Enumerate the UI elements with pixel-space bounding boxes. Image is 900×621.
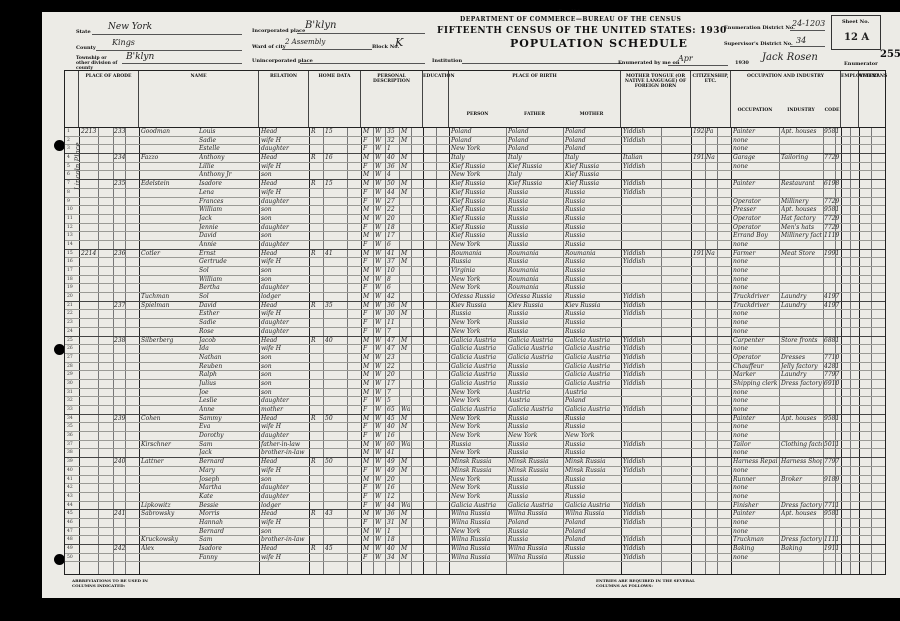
cell-sex: M	[363, 128, 372, 136]
cell-occ: none	[733, 389, 778, 397]
cell-age: 31	[387, 519, 398, 527]
cell-own: R	[311, 180, 322, 188]
cell-fbp: Russia	[508, 224, 562, 232]
cell-code: 7710	[824, 354, 840, 362]
cell-ms: M	[401, 189, 410, 197]
line-number: 29	[67, 371, 73, 379]
cell-occ: Carpenter	[733, 337, 778, 345]
cell-ms: M	[401, 510, 410, 518]
cell-ind: Millinery factory	[781, 232, 822, 240]
header-home-data: HOME DATA	[309, 71, 361, 127]
header-relation: RELATION	[259, 71, 309, 127]
cell-rel: father-in-law	[261, 441, 307, 449]
cell-race: W	[375, 224, 384, 232]
column-header-row: PLACE OF ABODE NAME RELATION HOME DATA P…	[65, 71, 885, 128]
cell-sex: M	[363, 380, 372, 388]
line-number: 15	[67, 250, 73, 258]
cell-age: 11	[387, 319, 398, 327]
cell-fbp: Russia	[508, 371, 562, 379]
cell-imm: 1912	[693, 154, 705, 162]
cell-given: Gertrude	[199, 258, 257, 266]
cell-mbp: Russia	[565, 493, 619, 501]
cell-code: 9581	[824, 128, 840, 136]
cell-ind: Millinery	[781, 198, 822, 206]
cell-age: 45	[387, 415, 398, 423]
table-row: 30JuliussonMW17Galicia AustriaRussiaGali…	[65, 380, 885, 389]
line-number: 23	[67, 319, 73, 327]
cell-ind: Meat Store	[781, 250, 822, 258]
table-row: 48KruckowskySambrother-in-lawMW18Wilna R…	[65, 536, 885, 545]
cell-fbp: Poland	[508, 145, 562, 153]
table-row: 7235EdelsteinIsadoreHeadR15MW50MKief Rus…	[65, 180, 885, 189]
cell-sex: M	[363, 536, 372, 544]
cell-house: 2213	[81, 128, 97, 136]
cell-race: W	[375, 232, 384, 240]
cell-val: 16	[325, 154, 345, 162]
cell-fbp: Russia	[508, 189, 562, 197]
schedule-rows: 12213233GoodmanLouisHeadR15MW35MPolandPo…	[65, 128, 885, 574]
cell-occ: none	[733, 493, 778, 501]
cell-own: R	[311, 415, 322, 423]
cell-ind: Laundry	[781, 302, 822, 310]
cell-age: 1	[387, 528, 398, 536]
cell-mbp: Minsk Russia	[565, 467, 619, 475]
cell-age: 6	[387, 284, 398, 292]
state-value: New York	[108, 22, 152, 32]
cell-sex: F	[363, 554, 372, 562]
cell-bp: Virginia	[451, 267, 505, 275]
table-row: 9FrancesdaughterFW27Kief RussiaRussiaRus…	[65, 198, 885, 207]
cell-occ: Errand Boy	[733, 232, 778, 240]
cell-age: 42	[387, 293, 398, 301]
header-mother-tongue: MOTHER TONGUE (OR NATIVE LANGUAGE) OF FO…	[621, 71, 691, 127]
cell-age: 6	[387, 241, 398, 249]
cell-age: 49	[387, 467, 398, 475]
cell-fbp: Russia	[508, 206, 562, 214]
cell-sex: F	[363, 345, 372, 353]
cell-given: Bernard	[199, 528, 257, 536]
cell-race: W	[375, 528, 384, 536]
cell-rel: daughter	[261, 145, 307, 153]
cell-fbp: Poland	[508, 519, 562, 527]
cell-fbp: Galicia Austria	[508, 345, 562, 353]
cell-ms: M	[401, 467, 410, 475]
cell-fbp: Russia	[508, 423, 562, 431]
cell-lang: Yiddish	[623, 502, 659, 510]
cell-given: Ernst	[199, 250, 257, 258]
cell-rel: son	[261, 389, 307, 397]
cell-race: W	[375, 536, 384, 544]
cell-sex: F	[363, 241, 372, 249]
cell-surname: Silberberg	[141, 337, 199, 345]
cell-occ: none	[733, 310, 778, 318]
line-number: 42	[67, 484, 73, 492]
township-value: B'klyn	[126, 52, 154, 62]
cell-ms: M	[401, 345, 410, 353]
line-number: 39	[67, 458, 73, 466]
cell-code: 9189	[824, 476, 840, 484]
incorporated-line	[297, 33, 425, 34]
entries-title: ENTRIES ARE REQUIRED IN THE SEVERAL COLU…	[596, 578, 706, 588]
cell-rel: lodger	[261, 502, 307, 510]
cell-val: 50	[325, 415, 345, 423]
line-number: 44	[67, 502, 73, 510]
header-place-of-abode: PLACE OF ABODE	[79, 71, 139, 127]
cell-bp: Kief Russia	[451, 198, 505, 206]
cell-age: 49	[387, 458, 398, 466]
cell-bp: Galicia Austria	[451, 354, 505, 362]
cell-rel: wife H	[261, 258, 307, 266]
cell-lang: Yiddish	[623, 545, 659, 553]
sheet-number-box: Sheet No. 12 A	[831, 15, 881, 50]
line-number: 25	[67, 337, 73, 345]
line-number: 14	[67, 241, 73, 249]
cell-given: William	[199, 206, 257, 214]
cell-race: W	[375, 128, 384, 136]
cell-occ: Shipping clerk	[733, 380, 778, 388]
cell-fbp: Italy	[508, 171, 562, 179]
cell-ind: Jelly factory	[781, 363, 822, 371]
cell-code: 6910	[824, 380, 840, 388]
township-label: Township or other division of county	[76, 56, 121, 71]
cell-age: 50	[387, 180, 398, 188]
cell-age: 30	[387, 310, 398, 318]
cell-bp: Roumania	[451, 250, 505, 258]
cell-occ: none	[733, 284, 778, 292]
cell-occ: none	[733, 241, 778, 249]
cell-fbp: Russia	[508, 241, 562, 249]
census-title: FIFTEENTH CENSUS OF THE UNITED STATES: 1…	[437, 26, 727, 36]
cell-mbp: Italy	[565, 154, 619, 162]
cell-val: 45	[325, 545, 345, 553]
cell-bp: New York	[451, 319, 505, 327]
cell-sex: M	[363, 276, 372, 284]
table-row: 38Jackbrother-in-lawMW41New YorkRussiaRu…	[65, 449, 885, 458]
cell-ind: Apt. houses	[781, 206, 822, 214]
cell-own: R	[311, 302, 322, 310]
cell-fam: 233	[114, 128, 125, 136]
cell-rel: wife H	[261, 554, 307, 562]
cell-rel: son	[261, 171, 307, 179]
cell-given: Julius	[199, 380, 257, 388]
cell-race: W	[375, 380, 384, 388]
cell-bp: New York	[451, 328, 505, 336]
cell-val: 43	[325, 510, 345, 518]
cell-mbp: Galicia Austria	[565, 406, 619, 414]
cell-lang: Yiddish	[623, 354, 659, 362]
cell-race: W	[375, 293, 384, 301]
cell-code: 9581	[824, 510, 840, 518]
cell-race: W	[375, 345, 384, 353]
cell-given: Joseph	[199, 476, 257, 484]
cell-mbp: Galicia Austria	[565, 371, 619, 379]
cell-sex: F	[363, 310, 372, 318]
cell-bp: Minsk Russia	[451, 458, 505, 466]
table-row: 49242AlexIsadoreHeadR45MW40MWilna Russia…	[65, 545, 885, 554]
cell-sex: M	[363, 476, 372, 484]
cell-sex: F	[363, 224, 372, 232]
enumerator-signature: Jack Rosen	[762, 52, 818, 63]
cell-fbp: Russia	[508, 476, 562, 484]
cell-code: 7711	[824, 502, 840, 510]
cell-given: Eva	[199, 423, 257, 431]
cell-race: W	[375, 389, 384, 397]
line-number: 32	[67, 397, 73, 405]
cell-sex: M	[363, 354, 372, 362]
cell-given: Morris	[199, 510, 257, 518]
cell-race: W	[375, 432, 384, 440]
occ-occupation-header: OCCUPATION	[731, 108, 779, 113]
cell-occ: Operator	[733, 354, 778, 362]
cell-occ: Tailor	[733, 441, 778, 449]
table-row: 39240LattnerBernardHeadR50MW49MMinsk Rus…	[65, 458, 885, 467]
department-title: DEPARTMENT OF COMMERCE—BUREAU OF THE CEN…	[460, 16, 681, 23]
cell-race: W	[375, 371, 384, 379]
cell-lang: Yiddish	[623, 554, 659, 562]
cell-age: 35	[387, 128, 398, 136]
cell-age: 44	[387, 502, 398, 510]
cell-sex: M	[363, 458, 372, 466]
cell-race: W	[375, 241, 384, 249]
cell-occ: Finisher	[733, 502, 778, 510]
cell-occ: none	[733, 267, 778, 275]
cell-surname: Goodman	[141, 128, 199, 136]
cell-val: 35	[325, 302, 345, 310]
cell-sex: F	[363, 432, 372, 440]
line-number: 28	[67, 363, 73, 371]
cell-sex: M	[363, 293, 372, 301]
cell-race: W	[375, 250, 384, 258]
cell-fbp: Russia	[508, 493, 562, 501]
cell-given: Estelle	[199, 145, 257, 153]
cell-ms: M	[401, 128, 410, 136]
cell-ind: Baking	[781, 545, 822, 553]
cell-bp: New York	[451, 415, 505, 423]
cell-race: W	[375, 267, 384, 275]
line-number: 9	[67, 198, 70, 206]
cell-race: W	[375, 545, 384, 553]
cell-mbp: Russia	[565, 241, 619, 249]
line-number: 36	[67, 432, 73, 440]
cell-fam: 242	[114, 545, 125, 553]
cell-ms: M	[401, 545, 410, 553]
cell-rel: wife H	[261, 519, 307, 527]
cell-occ: Painter	[733, 510, 778, 518]
cell-lang: Yiddish	[623, 406, 659, 414]
cell-age: 22	[387, 206, 398, 214]
cell-race: W	[375, 328, 384, 336]
cell-given: Leslie	[199, 397, 257, 405]
enum-district-value: 24-1203	[792, 19, 825, 28]
table-row: 19BerthadaughterFW6New YorkRoumaniaRussi…	[65, 284, 885, 293]
cell-given: Bessie	[199, 502, 257, 510]
cell-occ: Truckdriver	[733, 302, 778, 310]
cell-surname: Alex	[141, 545, 199, 553]
cell-rel: son	[261, 215, 307, 223]
cell-mbp: Poland	[565, 128, 619, 136]
cell-bp: Kief Russia	[451, 224, 505, 232]
cell-mbp: Russia	[565, 224, 619, 232]
cell-surname: Cohen	[141, 415, 199, 423]
cell-rel: daughter	[261, 493, 307, 501]
cell-occ: Runner	[733, 476, 778, 484]
cell-bp: Kief Russia	[451, 215, 505, 223]
table-row: 10WilliamsonMW22Kief RussiaRussiaRussiaP…	[65, 206, 885, 215]
line-number: 16	[67, 258, 73, 266]
table-row: 5Lilliewife HFW36MKief RussiaKief Russia…	[65, 163, 885, 172]
line-number: 22	[67, 310, 73, 318]
cell-age: 22	[387, 363, 398, 371]
cell-occ: none	[733, 484, 778, 492]
cell-fbp: Russia	[508, 215, 562, 223]
cell-mbp: Russia	[565, 189, 619, 197]
table-row: 13DavidsonMW17Kief RussiaRussiaRussiaErr…	[65, 232, 885, 241]
table-row: 29RalphsonMW20Galicia AustriaRussiaGalic…	[65, 371, 885, 380]
cell-ms: M	[401, 310, 410, 318]
supervisor-label: Supervisor's District No.	[724, 41, 793, 47]
cell-given: Reuben	[199, 363, 257, 371]
cell-occ: none	[733, 528, 778, 536]
cell-bp: Galicia Austria	[451, 380, 505, 388]
line-number: 5	[67, 163, 70, 171]
cell-ms: Wd	[401, 502, 410, 510]
cell-bp: Wilna Russia	[451, 510, 505, 518]
cell-mbp: Galicia Austria	[565, 354, 619, 362]
table-row: 31JoesonMW7New YorkAustriaAustrianone	[65, 389, 885, 398]
table-row: 27NathansonMW23Galicia AustriaGalicia Au…	[65, 354, 885, 363]
cell-fam: 235	[114, 180, 125, 188]
cell-sex: F	[363, 319, 372, 327]
cell-occ: Painter	[733, 180, 778, 188]
cell-bp: Wilna Russia	[451, 536, 505, 544]
cell-surname: Spielman	[141, 302, 199, 310]
cell-rel: son	[261, 267, 307, 275]
cell-given: Fanny	[199, 554, 257, 562]
cell-code: 4197	[824, 293, 840, 301]
cell-fbp: Poland	[508, 137, 562, 145]
cell-lang: Yiddish	[623, 258, 659, 266]
cell-own: R	[311, 128, 322, 136]
cell-occ: Garage	[733, 154, 778, 162]
occ-industry-header: INDUSTRY	[779, 108, 823, 113]
cell-sex: F	[363, 484, 372, 492]
line-number: 38	[67, 449, 73, 457]
cell-fbp: Wilna Russia	[508, 545, 562, 553]
cell-age: 36	[387, 510, 398, 518]
cell-age: 4	[387, 171, 398, 179]
cell-bp: New York	[451, 171, 505, 179]
cell-occ: none	[733, 449, 778, 457]
cell-occ: Painter	[733, 415, 778, 423]
cell-code: 1119	[824, 232, 840, 240]
cell-race: W	[375, 441, 384, 449]
cell-race: W	[375, 137, 384, 145]
cell-mbp: Russia	[565, 293, 619, 301]
cell-sex: M	[363, 180, 372, 188]
cell-race: W	[375, 449, 384, 457]
cell-ms: M	[401, 423, 410, 431]
cell-fbp: Russia	[508, 528, 562, 536]
header-place-of-birth: PLACE OF BIRTH PERSON FATHER MOTHER	[449, 71, 621, 127]
cell-fbp: Austria	[508, 389, 562, 397]
cell-mbp: Poland	[565, 145, 619, 153]
cell-rel: daughter	[261, 198, 307, 206]
cell-bp: Galicia Austria	[451, 337, 505, 345]
cell-sex: F	[363, 137, 372, 145]
cell-mbp: Russia	[565, 484, 619, 492]
cell-lang: Yiddish	[623, 519, 659, 527]
cell-race: W	[375, 276, 384, 284]
cell-rel: daughter	[261, 284, 307, 292]
cell-occ: Farmer	[733, 250, 778, 258]
cell-given: Sam	[199, 536, 257, 544]
cell-fbp: Russia	[508, 310, 562, 318]
cell-ms: M	[401, 337, 410, 345]
cell-val: 15	[325, 128, 345, 136]
cell-age: 47	[387, 345, 398, 353]
cell-race: W	[375, 519, 384, 527]
cell-race: W	[375, 406, 384, 414]
cell-occ: none	[733, 145, 778, 153]
cell-ms: M	[401, 163, 410, 171]
cell-bp: New York	[451, 276, 505, 284]
cell-sex: M	[363, 206, 372, 214]
cell-given: Anthony Jr	[199, 171, 257, 179]
enumerator-label: Enumerator	[844, 61, 878, 67]
cell-ind: Tailoring	[781, 154, 822, 162]
table-row: 24RosedaughterFW7New YorkRussiaRussianon…	[65, 328, 885, 337]
cell-bp: Poland	[451, 137, 505, 145]
birth-mother-header: MOTHER	[563, 112, 620, 117]
cell-ind: Men's hats	[781, 224, 822, 232]
cell-bp: Minsk Russia	[451, 467, 505, 475]
cell-rel: son	[261, 528, 307, 536]
cell-bp: Galicia Austria	[451, 406, 505, 414]
cell-lang: Yiddish	[623, 536, 659, 544]
cell-sex: M	[363, 528, 372, 536]
birth-person-header: PERSON	[449, 112, 506, 117]
cell-rel: son	[261, 363, 307, 371]
cell-rel: daughter	[261, 432, 307, 440]
cell-sex: M	[363, 215, 372, 223]
cell-bp: Kief Russia	[451, 189, 505, 197]
cell-fbp: Kiev Russia	[508, 302, 562, 310]
cell-race: W	[375, 415, 384, 423]
cell-lang: Yiddish	[623, 380, 659, 388]
cell-fbp: Kief Russia	[508, 163, 562, 171]
cell-mbp: Russia	[565, 310, 619, 318]
cell-occ: Operator	[733, 215, 778, 223]
cell-rel: Head	[261, 154, 307, 162]
cell-ind: Apt. houses	[781, 128, 822, 136]
cell-race: W	[375, 206, 384, 214]
line-number: 7	[67, 180, 70, 188]
cell-race: W	[375, 484, 384, 492]
cell-rel: son	[261, 371, 307, 379]
line-number: 8	[67, 189, 70, 197]
table-row: 26Idawife HFW47MGalicia AustriaGalicia A…	[65, 345, 885, 354]
cell-ind: Clothing factory	[781, 441, 822, 449]
table-row: 33AnnemotherFW65WdGalicia AustriaGalicia…	[65, 406, 885, 415]
cell-race: W	[375, 397, 384, 405]
cell-sex: M	[363, 267, 372, 275]
cell-fbp: Russia	[508, 449, 562, 457]
cell-fbp: Galicia Austria	[508, 354, 562, 362]
cell-race: W	[375, 354, 384, 362]
line-number: 35	[67, 423, 73, 431]
cell-mbp: Russia	[565, 441, 619, 449]
cell-code: 5011	[824, 441, 840, 449]
